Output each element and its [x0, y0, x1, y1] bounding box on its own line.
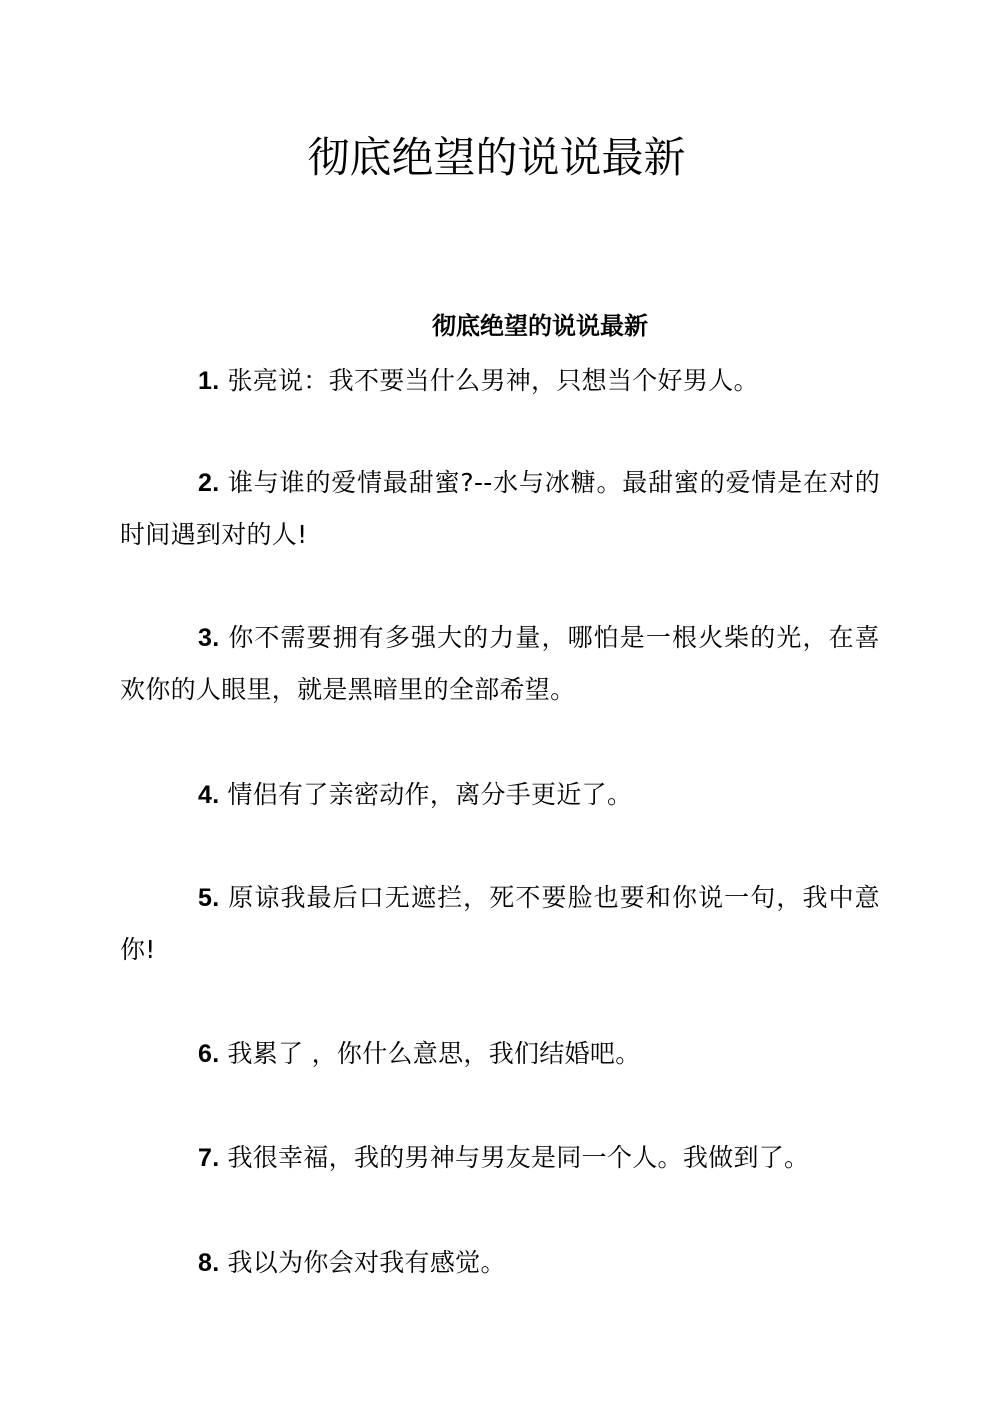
- item-number: 3.: [198, 624, 219, 652]
- list-item-4: 4.情侣有了亲密动作，离分手更近了。: [120, 769, 880, 821]
- item-number: 2.: [198, 469, 219, 497]
- item-number: 7.: [198, 1144, 219, 1172]
- item-text: 谁与谁的爱情最甜蜜?--水与冰糖。最甜蜜的爱情是在对的时间遇到对的人!: [120, 468, 880, 549]
- list-item-5: 5.原谅我最后口无遮拦，死不要脸也要和你说一句，我中意你!: [120, 872, 880, 976]
- document-subtitle: 彻底绝望的说说最新: [340, 308, 740, 344]
- list-item-8: 8.我以为你会对我有感觉。: [120, 1237, 880, 1289]
- list-item-2: 2.谁与谁的爱情最甜蜜?--水与冰糖。最甜蜜的爱情是在对的时间遇到对的人!: [120, 457, 880, 561]
- item-number: 1.: [198, 367, 219, 395]
- item-text: 你不需要拥有多强大的力量，哪怕是一根火柴的光，在喜欢你的人眼里，就是黑暗里的全部…: [120, 623, 880, 704]
- list-item-7: 7.我很幸福，我的男神与男友是同一个人。我做到了。: [120, 1132, 880, 1184]
- page-title: 彻底绝望的说说最新: [0, 130, 993, 186]
- list-item-3: 3.你不需要拥有多强大的力量，哪怕是一根火柴的光，在喜欢你的人眼里，就是黑暗里的…: [120, 612, 880, 716]
- item-number: 8.: [198, 1249, 219, 1277]
- item-text: 我很幸福，我的男神与男友是同一个人。我做到了。: [227, 1143, 809, 1172]
- document-page: 彻底绝望的说说最新 彻底绝望的说说最新 1.张亮说：我不要当什么男神，只想当个好…: [0, 0, 993, 1404]
- item-text: 情侣有了亲密动作，离分手更近了。: [227, 780, 632, 809]
- item-number: 4.: [198, 781, 219, 809]
- item-number: 5.: [198, 884, 219, 912]
- item-text: 原谅我最后口无遮拦，死不要脸也要和你说一句，我中意你!: [120, 883, 880, 964]
- item-text: 张亮说：我不要当什么男神，只想当个好男人。: [227, 366, 758, 395]
- item-text: 我累了 ，你什么意思，我们结婚吧。: [227, 1039, 640, 1068]
- list-item-6: 6.我累了 ，你什么意思，我们结婚吧。: [120, 1028, 880, 1080]
- item-text: 我以为你会对我有感觉。: [227, 1248, 505, 1277]
- item-number: 6.: [198, 1040, 219, 1068]
- list-item-1: 1.张亮说：我不要当什么男神，只想当个好男人。: [120, 355, 880, 407]
